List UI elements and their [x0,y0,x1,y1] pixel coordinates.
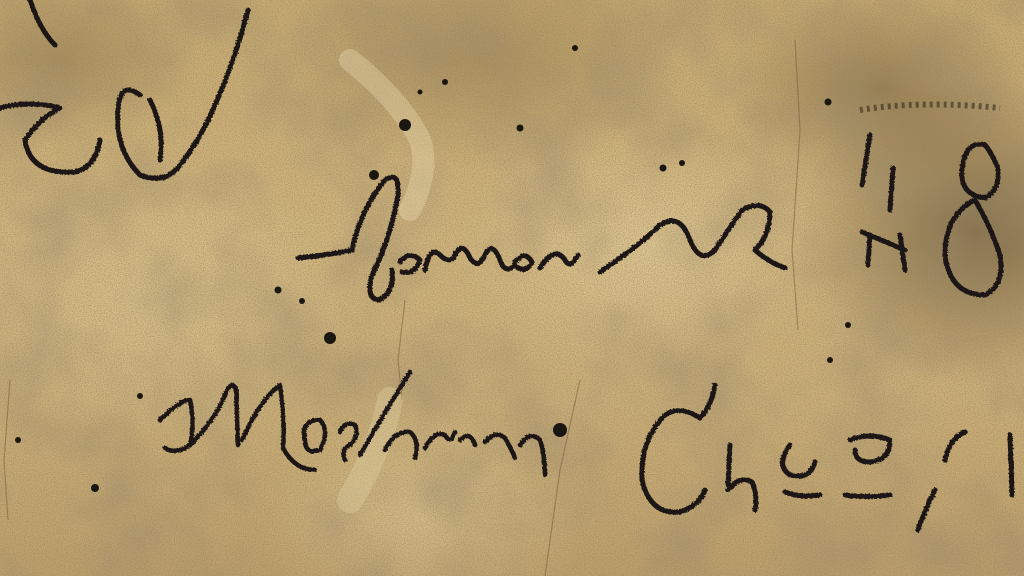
wall-photograph: Historic charcoal/soot graffiti inscript… [0,0,1024,576]
wall-grain [0,0,1024,576]
wall-texture-and-ink [0,0,1024,576]
